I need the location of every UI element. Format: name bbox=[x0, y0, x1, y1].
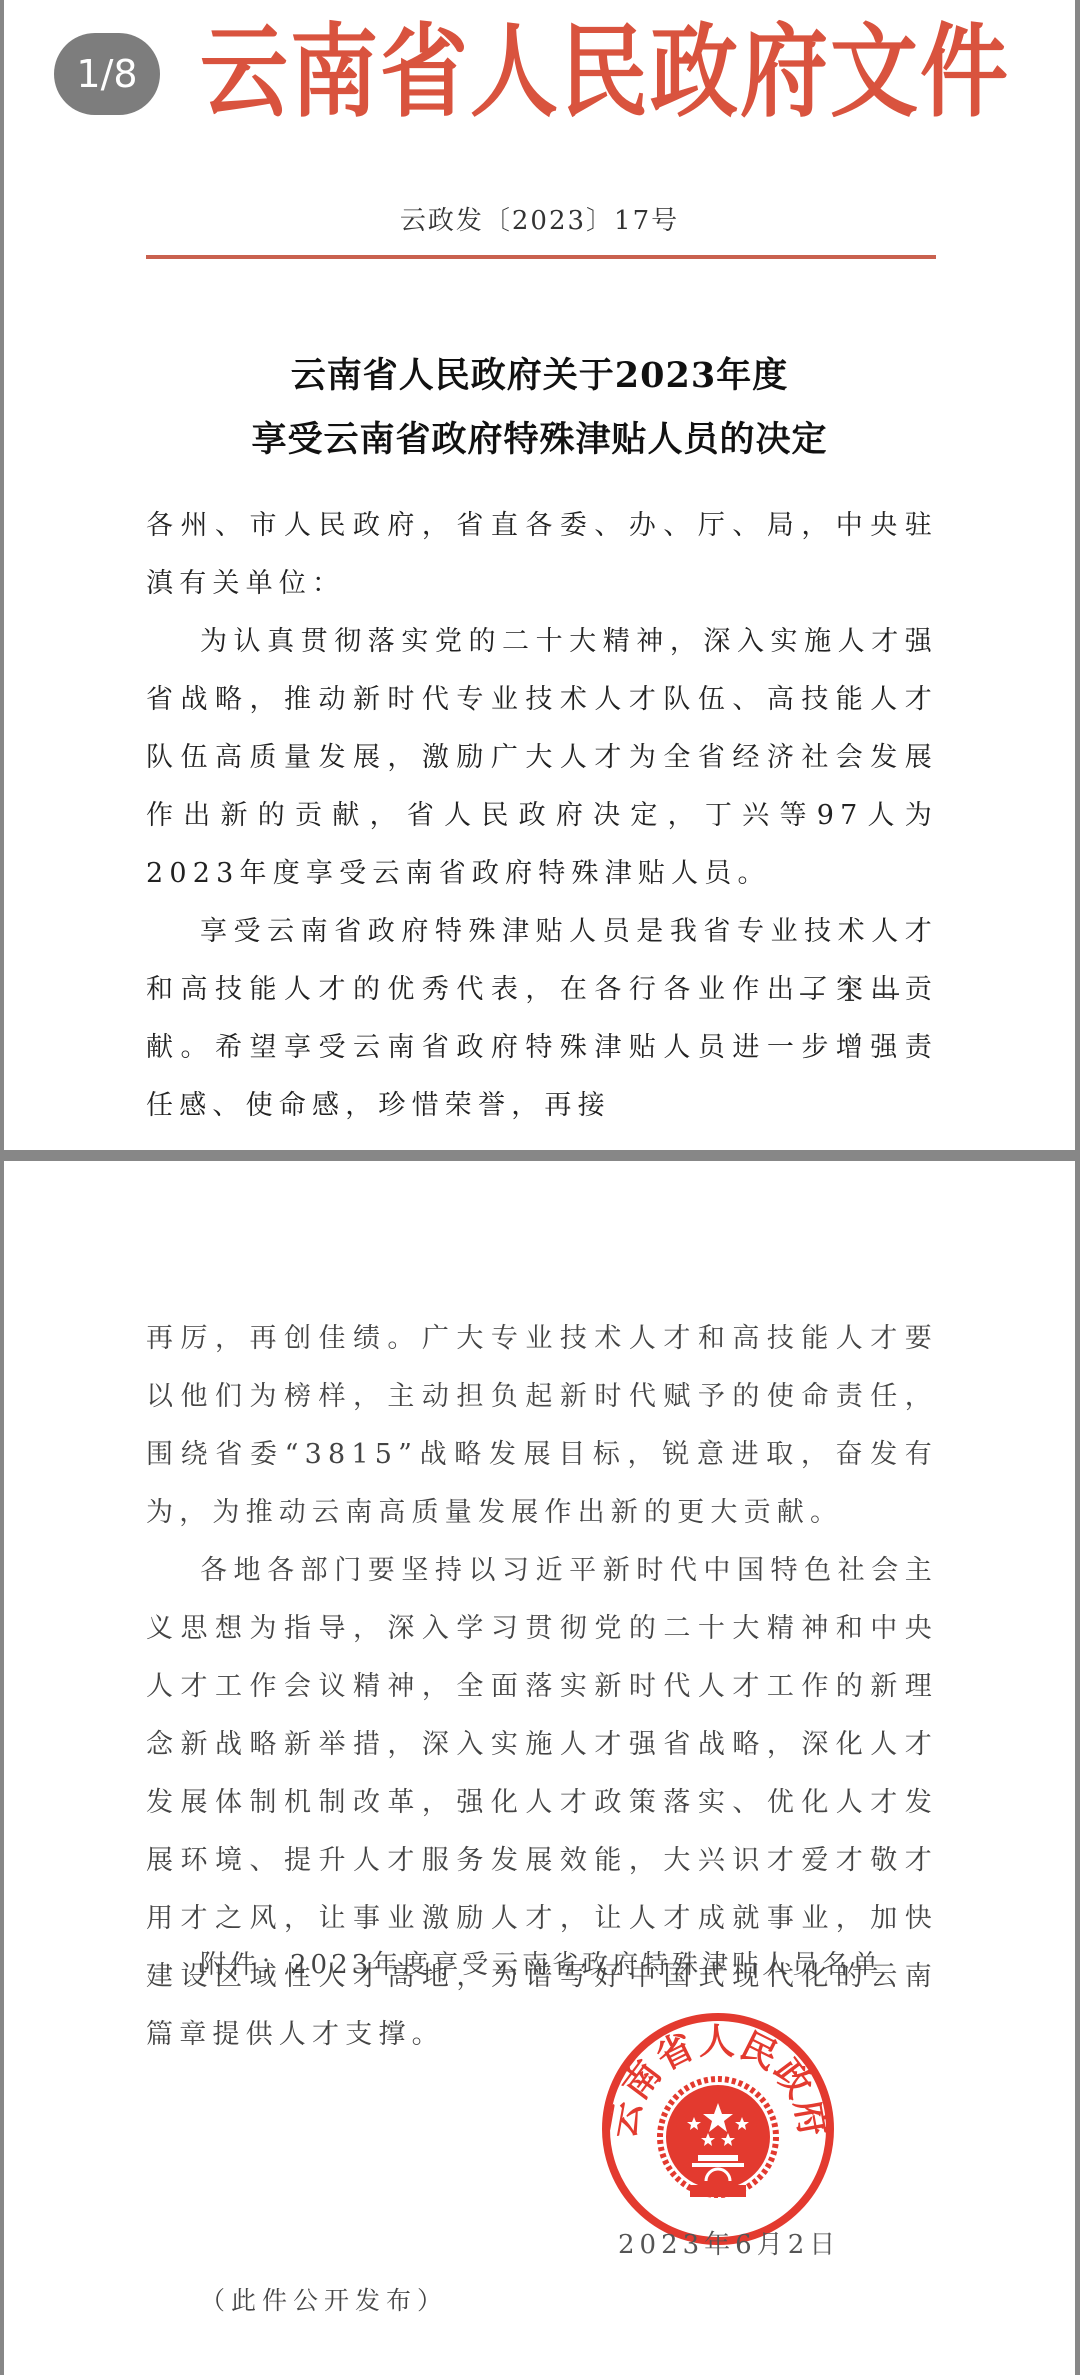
paragraph-1: 为认真贯彻落实党的二十大精神，深入实施人才强省战略，推动新时代专业技术人才队伍、… bbox=[146, 613, 938, 903]
page-indicator-badge: 1/8 bbox=[54, 33, 160, 115]
paragraph-2-continued: 再厉，再创佳绩。广大专业技术人才和高技能人才要以他们为榜样，主动担负起新时代赋予… bbox=[146, 1310, 938, 1542]
publish-note: （此件公开发布） bbox=[200, 2281, 448, 2317]
document-page-1: 云南省人民政府文件 云政发〔2023〕17号 云南省人民政府关于2023年度 享… bbox=[4, 0, 1075, 1150]
page-number: — 1 — bbox=[799, 978, 904, 1008]
national-emblem-icon: 云南省人民政府 bbox=[610, 2021, 826, 2237]
document-title-line-2: 享受云南省政府特殊津贴人员的决定 bbox=[4, 412, 1075, 462]
signing-date: 2023年6月2日 bbox=[618, 2224, 840, 2261]
document-title-line-1: 云南省人民政府关于2023年度 bbox=[4, 348, 1075, 398]
document-header: 云南省人民政府文件 bbox=[200, 8, 900, 135]
attachment-line[interactable]: 附件：2023年度享受云南省政府特殊津贴人员名单 bbox=[200, 1944, 882, 1981]
document-body-page-1: 各州、市人民政府，省直各委、办、厅、局，中央驻滇有关单位： 为认真贯彻落实党的二… bbox=[146, 497, 938, 1135]
paragraph-2: 享受云南省政府特殊津贴人员是我省专业技术人才和高技能人才的优秀代表，在各行各业作… bbox=[146, 903, 938, 1135]
official-seal: 云南省人民政府 bbox=[602, 2013, 834, 2245]
red-divider-rule bbox=[146, 255, 936, 259]
document-number: 云政发〔2023〕17号 bbox=[4, 200, 1075, 237]
recipients-line: 各州、市人民政府，省直各委、办、厅、局，中央驻滇有关单位： bbox=[146, 497, 938, 613]
paragraph-3: 各地各部门要坚持以习近平新时代中国特色社会主义思想为指导，深入学习贯彻党的二十大… bbox=[146, 1542, 938, 2064]
document-page-2: 再厉，再创佳绩。广大专业技术人才和高技能人才要以他们为榜样，主动担负起新时代赋予… bbox=[4, 1161, 1075, 2375]
